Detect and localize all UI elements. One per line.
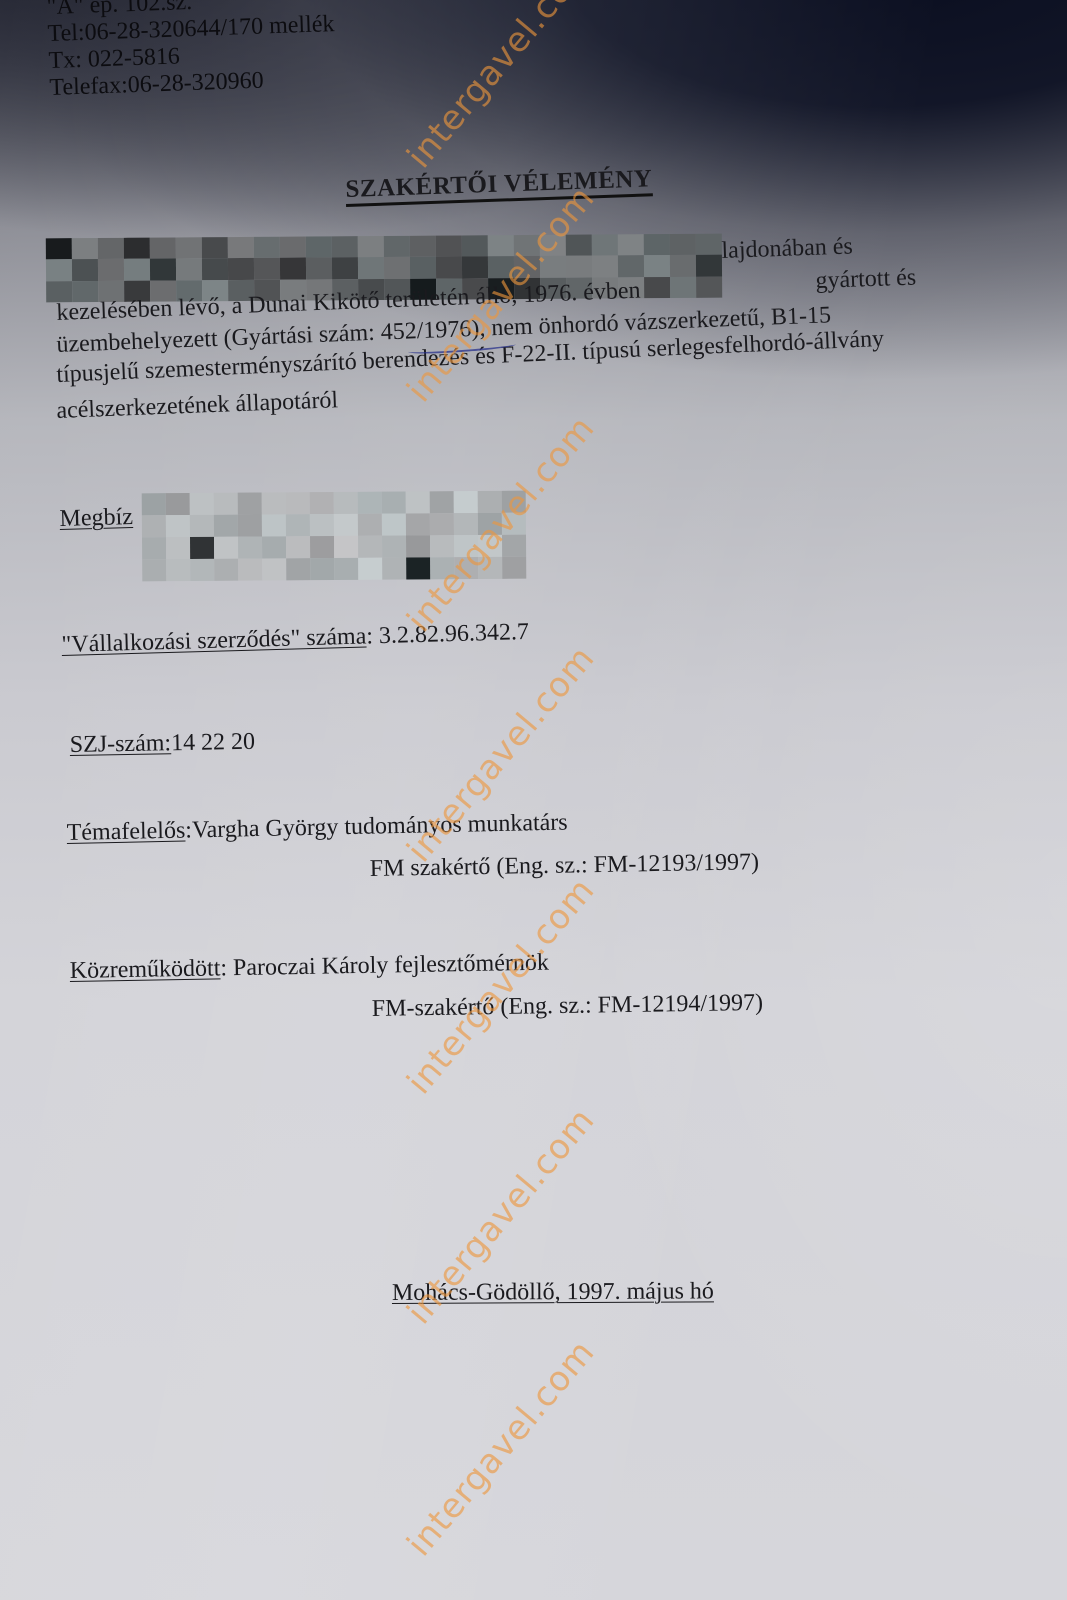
redaction-pixel (72, 238, 98, 260)
redaction-pixel (332, 258, 358, 280)
intro-line-1-end: lajdonában és (721, 233, 853, 265)
redaction-pixel (214, 559, 238, 581)
intro-line-6: acélszerkezetének állapotáról (56, 387, 339, 425)
contract-number: 3.2.82.96.342.7 (379, 619, 530, 649)
redaction-pixel (406, 491, 430, 513)
redaction-pixel (286, 492, 310, 514)
redaction-pixel (644, 234, 670, 256)
redacted-client-block (142, 491, 527, 582)
redaction-pixel (502, 513, 526, 535)
redaction-pixel (262, 492, 286, 514)
redaction-pixel (202, 237, 228, 259)
redaction-pixel (238, 493, 262, 515)
contract-row: "Vállalkozási szerződés" száma: 3.2.82.9… (61, 619, 529, 659)
redaction-pixel (202, 258, 228, 280)
responsible-name: Vargha György tudományos munkatárs (192, 810, 568, 844)
redaction-pixel (358, 558, 382, 580)
responsible-credential: FM szakértő (Eng. sz.: FM-12193/1997) (370, 849, 760, 883)
redaction-pixel (454, 513, 478, 535)
redaction-pixel (142, 493, 166, 515)
redaction-pixel (502, 535, 526, 557)
redaction-pixel (98, 259, 124, 281)
redaction-pixel (310, 536, 334, 558)
redaction-pixel (280, 258, 306, 280)
redaction-pixel (310, 514, 334, 536)
redaction-pixel (334, 492, 358, 514)
redaction-pixel (384, 236, 410, 258)
redaction-pixel (670, 276, 696, 298)
redaction-pixel (286, 536, 310, 558)
intro-line-2-end: gyártott és (815, 265, 917, 295)
redaction-pixel (166, 493, 190, 515)
watermark: intergavel.com (399, 870, 603, 1102)
redaction-pixel (280, 237, 306, 259)
redaction-pixel (514, 256, 540, 278)
redaction-pixel (332, 236, 358, 258)
redaction-pixel (696, 276, 722, 298)
redaction-pixel (142, 537, 166, 559)
redaction-pixel (334, 536, 358, 558)
redaction-pixel (166, 537, 190, 559)
redaction-pixel (190, 537, 214, 559)
redaction-pixel (124, 238, 150, 260)
redaction-pixel (228, 258, 254, 280)
contributor-label: Közreműködött (70, 955, 221, 984)
redaction-pixel (358, 514, 382, 536)
place-and-date: Mohács-Gödöllő, 1997. május hó (392, 1278, 714, 1307)
redaction-pixel (214, 493, 238, 515)
redaction-pixel (124, 259, 150, 281)
szj-label: SZJ-szám: (70, 730, 172, 758)
contributor-credential: FM-szakértő (Eng. sz.: FM-12194/1997) (372, 990, 764, 1023)
redaction-pixel (72, 259, 98, 281)
redaction-pixel (310, 492, 334, 514)
responsible-row: Témafelelős:Vargha György tudományos mun… (66, 810, 567, 847)
redaction-pixel (430, 513, 454, 535)
redaction-pixel (478, 491, 502, 513)
redaction-pixel (436, 235, 462, 257)
redaction-pixel (286, 558, 310, 580)
redaction-pixel (696, 234, 722, 256)
redaction-pixel (406, 535, 430, 557)
serial-number: 452/1976 (380, 316, 472, 345)
redaction-pixel (382, 491, 406, 513)
redaction-pixel (262, 514, 286, 536)
redaction-pixel (430, 557, 454, 579)
redaction-pixel (502, 491, 526, 513)
redaction-pixel (488, 256, 514, 278)
redaction-pixel (644, 255, 670, 277)
redaction-pixel (176, 237, 202, 259)
contributor-row: Közreműködött: Paroczai Károly fejlesztő… (70, 950, 550, 985)
redaction-pixel (382, 513, 406, 535)
redaction-pixel (358, 236, 384, 258)
redaction-pixel (190, 493, 214, 515)
redaction-pixel (406, 557, 430, 579)
redaction-pixel (454, 491, 478, 513)
redaction-pixel (454, 535, 478, 557)
redaction-pixel (262, 558, 286, 580)
redaction-pixel (254, 237, 280, 259)
redaction-pixel (478, 557, 502, 579)
redaction-pixel (670, 255, 696, 277)
redaction-pixel (592, 256, 618, 278)
redaction-pixel (410, 257, 436, 279)
redaction-pixel (488, 235, 514, 257)
document-title: SZAKÉRTŐI VÉLEMÉNY (345, 165, 653, 204)
redaction-pixel (176, 259, 202, 281)
redaction-pixel (406, 513, 430, 535)
szj-number: 14 22 20 (171, 729, 255, 756)
redaction-pixel (430, 535, 454, 557)
redaction-pixel (306, 236, 332, 258)
redaction-pixel (334, 558, 358, 580)
redaction-pixel (214, 537, 238, 559)
redaction-pixel (410, 236, 436, 258)
redaction-pixel (310, 558, 334, 580)
redaction-pixel (618, 234, 644, 256)
redaction-pixel (618, 256, 644, 278)
redaction-pixel (358, 257, 384, 279)
redaction-pixel (214, 515, 238, 537)
contract-label: "Vállalkozási szerződés" száma (61, 624, 366, 659)
redaction-pixel (190, 515, 214, 537)
client-label: Megbíz (59, 504, 133, 533)
scanned-document-page: "A" ép. 102.sz. Tel:06-28-320644/170 mel… (0, 0, 1067, 1600)
redaction-pixel (436, 257, 462, 279)
redaction-pixel (254, 258, 280, 280)
redaction-pixel (384, 257, 410, 279)
responsible-label: Témafelelős (66, 818, 185, 846)
redaction-pixel (190, 559, 214, 581)
contributor-name: Paroczai Károly fejlesztőmérnök (233, 950, 549, 982)
watermark: intergavel.com (399, 0, 603, 176)
redaction-pixel (166, 515, 190, 537)
redaction-pixel (150, 259, 176, 281)
redaction-pixel (382, 557, 406, 579)
redaction-pixel (150, 237, 176, 259)
redaction-pixel (358, 492, 382, 514)
redaction-pixel (566, 256, 592, 278)
watermark: intergavel.com (399, 1332, 603, 1564)
redaction-pixel (382, 535, 406, 557)
redaction-pixel (670, 234, 696, 256)
redaction-pixel (540, 256, 566, 278)
redaction-pixel (502, 557, 526, 579)
redaction-pixel (142, 515, 166, 537)
redaction-pixel (262, 536, 286, 558)
redaction-pixel (238, 559, 262, 581)
redaction-pixel (98, 238, 124, 260)
redaction-pixel (238, 515, 262, 537)
redaction-pixel (358, 536, 382, 558)
redaction-pixel (306, 258, 332, 280)
redaction-pixel (462, 235, 488, 257)
redaction-pixel (238, 537, 262, 559)
letterhead: "A" ép. 102.sz. Tel:06-28-320644/170 mel… (46, 0, 337, 102)
redaction-pixel (644, 277, 670, 299)
redaction-pixel (166, 559, 190, 581)
redaction-pixel (142, 559, 166, 581)
redaction-pixel (462, 257, 488, 279)
redaction-pixel (478, 535, 502, 557)
redaction-pixel (592, 234, 618, 256)
redaction-pixel (454, 557, 478, 579)
redaction-pixel (46, 238, 72, 260)
redaction-pixel (334, 514, 358, 536)
redaction-pixel (696, 255, 722, 277)
redaction-pixel (286, 514, 310, 536)
redaction-pixel (540, 235, 566, 257)
redaction-pixel (228, 237, 254, 259)
redaction-pixel (430, 491, 454, 513)
redaction-pixel (478, 513, 502, 535)
redaction-pixel (566, 235, 592, 257)
redaction-pixel (46, 260, 72, 282)
szj-row: SZJ-szám:14 22 20 (70, 729, 256, 759)
redaction-pixel (514, 235, 540, 257)
